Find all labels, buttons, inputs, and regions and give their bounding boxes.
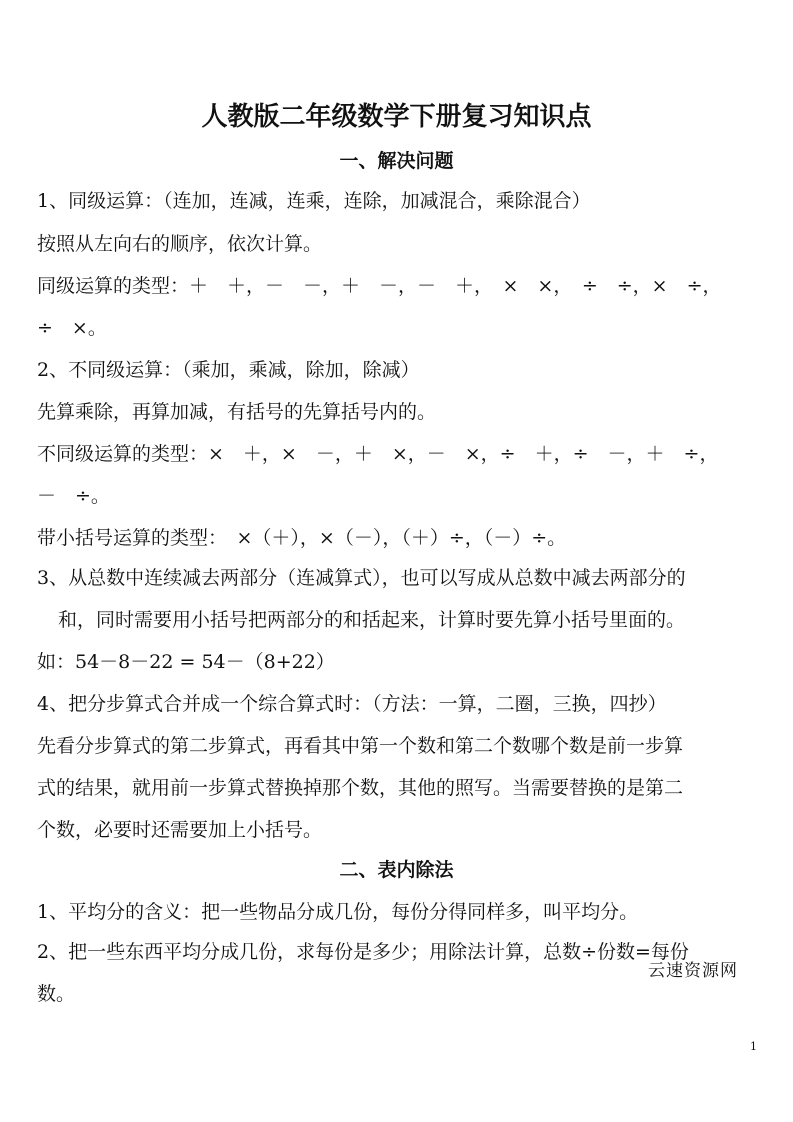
paragraph-line: 1、平均分的含义：把一些物品分成几份，每份分得同样多，叫平均分。: [37, 897, 638, 924]
paragraph-line: 如：54－8－22 = 54－（8+22）: [37, 647, 335, 674]
page-number: 1: [750, 1040, 757, 1053]
paragraph-line: 数。: [37, 979, 75, 1006]
paragraph-line: 2、不同级运算：（乘加，乘减，除加，除减）: [37, 355, 420, 382]
section-heading-1: 一、解决问题: [0, 146, 793, 173]
section-heading-2: 二、表内除法: [0, 855, 793, 882]
paragraph-line: 带小括号运算的类型： ×（＋），×（－），（＋）÷，（－）÷。: [37, 523, 566, 550]
document-title: 人教版二年级数学下册复习知识点: [0, 96, 793, 133]
paragraph-line: 不同级运算的类型：× ＋，× －，＋ ×，－ ×，÷ ＋，÷ －，＋ ÷，: [37, 439, 718, 466]
paragraph-line: 按照从左向右的顺序，依次计算。: [37, 229, 322, 256]
paragraph-line: － ÷。: [37, 481, 110, 508]
paragraph-line: 先算乘除，再算加减，有括号的先算括号内的。: [37, 397, 436, 424]
watermark: 云速资源网: [648, 956, 738, 981]
document-page: 人教版二年级数学下册复习知识点 一、解决问题 1、同级运算：（连加，连减，连乘，…: [0, 0, 793, 1122]
paragraph-line: 先看分步算式的第二步算式，再看其中第一个数和第二个数哪个数是前一步算: [37, 731, 683, 758]
paragraph-line: 3、从总数中连续减去两部分（连减算式），也可以写成从总数中减去两部分的: [37, 563, 686, 590]
paragraph-line: 式的结果，就用前一步算式替换掉那个数，其他的照写。当需要替换的是第二: [37, 773, 683, 800]
paragraph-line: 同级运算的类型：＋ ＋，－ －，＋ －，－ ＋， × ×， ÷ ÷，× ÷，: [37, 271, 722, 298]
paragraph-line: 和，同时需要用小括号把两部分的和括起来，计算时要先算小括号里面的。: [58, 605, 685, 632]
paragraph-line: 1、同级运算：（连加，连减，连乘，连除，加减混合，乘除混合）: [37, 186, 591, 213]
paragraph-line: 2、把一些东西平均分成几份，求每份是多少；用除法计算，总数÷份数=每份: [37, 937, 689, 964]
paragraph-line: 个数，必要时还需要加上小括号。: [37, 815, 322, 842]
paragraph-line: ÷ ×。: [37, 313, 107, 340]
paragraph-line: 4、把分步算式合并成一个综合算式时：（方法：一算，二圈，三换，四抄）: [37, 689, 667, 716]
